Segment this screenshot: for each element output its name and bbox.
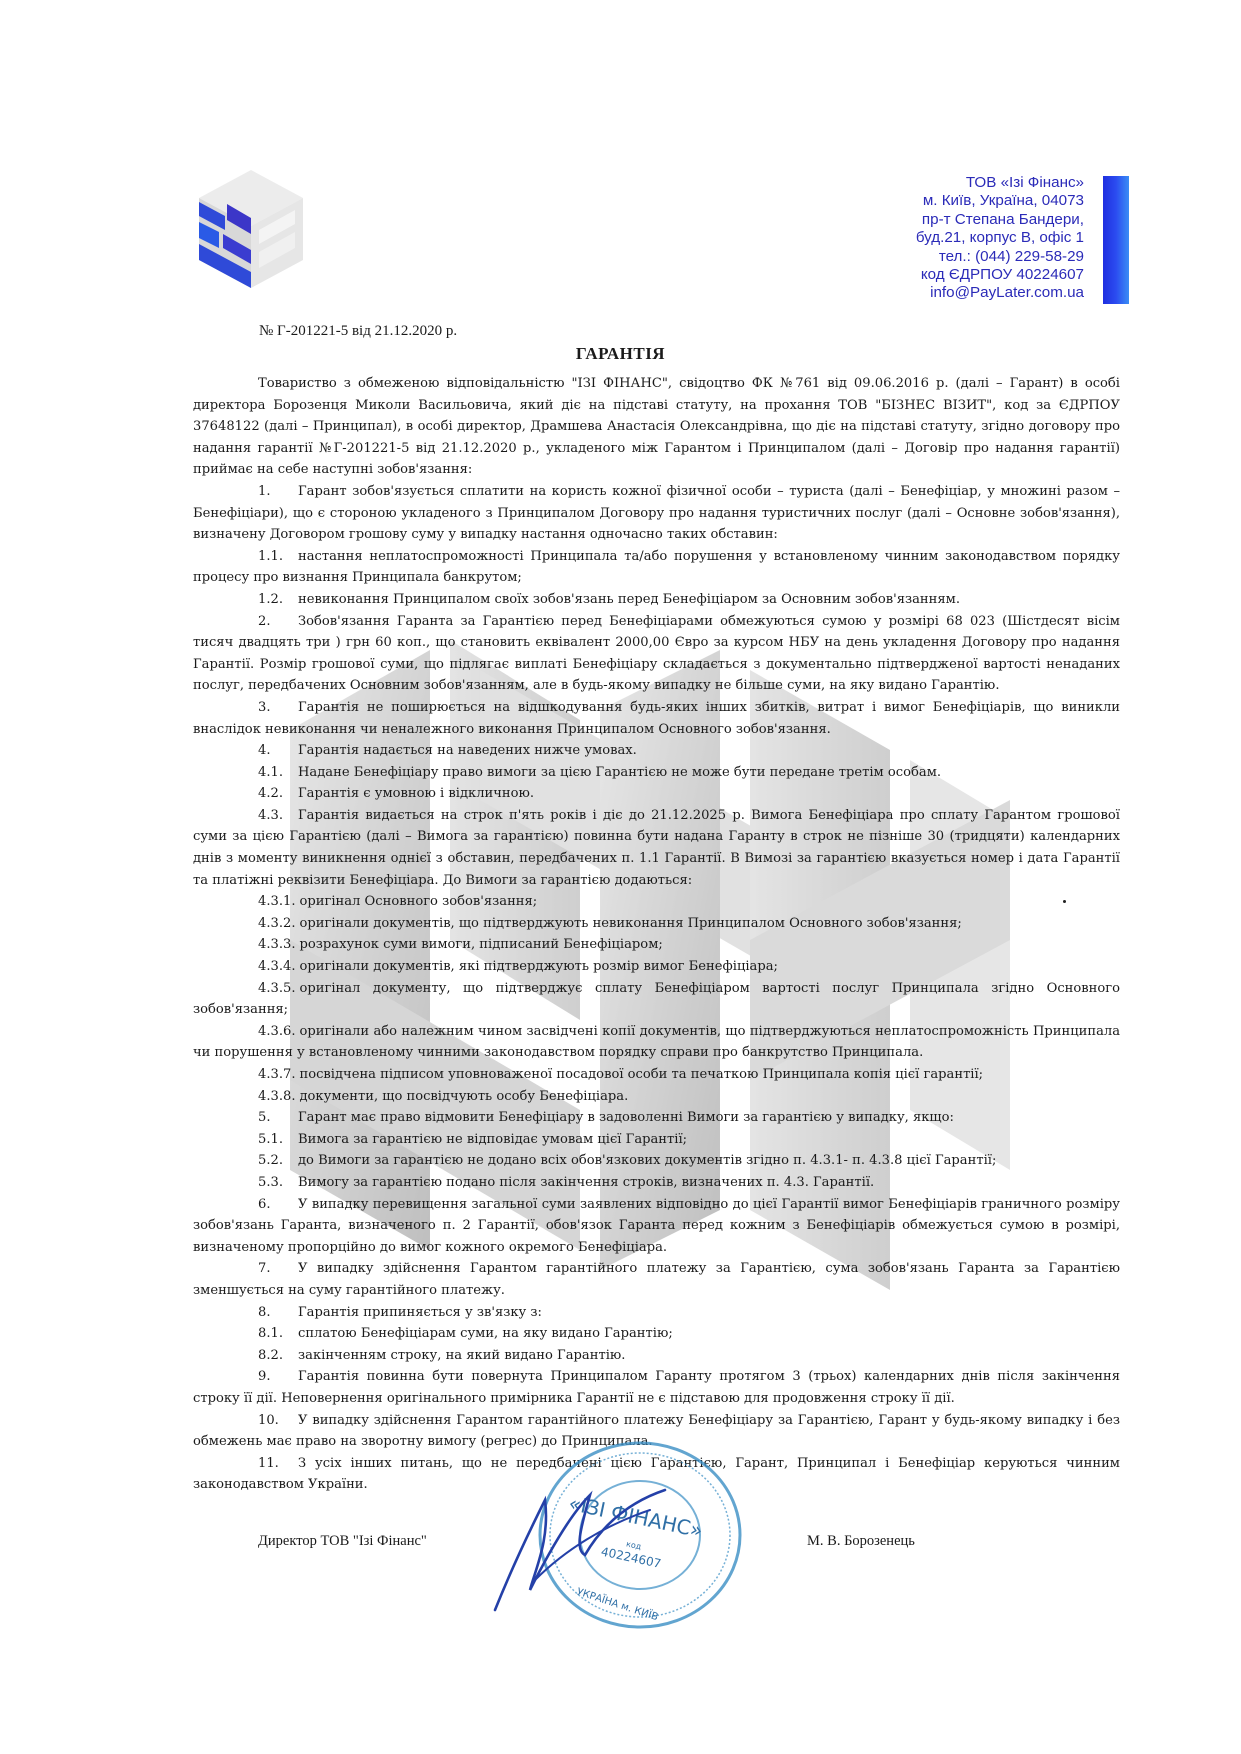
document-body: Товариство з обмеженою відповідальністю … bbox=[193, 373, 1120, 1496]
clause-number: 4.2. bbox=[258, 783, 298, 805]
clause-number: 4.3.4. bbox=[258, 956, 295, 978]
clause-number: 8.2. bbox=[258, 1345, 298, 1367]
clause-text: Гарантія повинна бути повернута Принципа… bbox=[193, 1369, 1120, 1406]
clause-text: закінченням строку, на який видано Гаран… bbox=[298, 1348, 625, 1363]
clause-item: 8.Гарантія припиняється у зв'язку з: bbox=[193, 1302, 1120, 1324]
clause-text: посвідчена підписом уповноваженої посадо… bbox=[299, 1067, 983, 1082]
company-edrpou: код ЄДРПОУ 40224607 bbox=[916, 266, 1084, 284]
clause-text: оригінали документів, що підтверджують н… bbox=[299, 916, 961, 931]
clause-number: 8. bbox=[258, 1302, 298, 1324]
document-page: ТОВ «Ізі Фінанс» м. Київ, Україна, 04073… bbox=[0, 0, 1241, 1754]
clause-item: 4.3.7.посвідчена підписом уповноваженої … bbox=[193, 1064, 1120, 1086]
clause-item: 5.3.Вимогу за гарантією подано після зак… bbox=[193, 1172, 1120, 1194]
clause-text: документи, що посвідчують особу Бенефіці… bbox=[299, 1089, 628, 1104]
clause-item: 8.2.закінченням строку, на який видано Г… bbox=[193, 1345, 1120, 1367]
clause-number: 5.3. bbox=[258, 1172, 298, 1194]
clause-number: 4.3.5. bbox=[258, 978, 295, 1000]
company-name: ТОВ «Ізі Фінанс» bbox=[916, 174, 1084, 192]
clause-text: сплатою Бенефіціарам суми, на яку видано… bbox=[298, 1326, 673, 1341]
clause-number: 4.3. bbox=[258, 805, 298, 827]
company-info: ТОВ «Ізі Фінанс» м. Київ, Україна, 04073… bbox=[916, 174, 1084, 303]
clause-text: розрахунок суми вимоги, підписаний Бенеф… bbox=[299, 937, 662, 952]
clause-number: 1.2. bbox=[258, 589, 298, 611]
clause-number: 10. bbox=[258, 1410, 298, 1432]
clause-number: 3. bbox=[258, 697, 298, 719]
clause-text: У випадку перевищення загальної суми зая… bbox=[193, 1197, 1120, 1255]
company-street: пр-т Степана Бандери, bbox=[916, 211, 1084, 229]
clause-item: 2.Зобов'язання Гаранта за Гарантією пере… bbox=[193, 611, 1120, 697]
clause-item: 4.2.Гарантія є умовною і відкличною. bbox=[193, 783, 1120, 805]
clause-item: 1.2.невиконання Принципалом своїх зобов'… bbox=[193, 589, 1120, 611]
clause-text: Гарант зобов'язується сплатити на корист… bbox=[193, 484, 1120, 542]
clause-number: 4.3.3. bbox=[258, 934, 295, 956]
clause-text: настання неплатоспроможності Принципала … bbox=[193, 549, 1120, 586]
clause-number: 5. bbox=[258, 1107, 298, 1129]
clause-text: до Вимоги за гарантією не додано всіх об… bbox=[298, 1153, 996, 1168]
document-number: № Г-201221-5 від 21.12.2020 р. bbox=[259, 323, 457, 340]
clause-item: 4.3.2.оригінали документів, що підтвердж… bbox=[193, 913, 1120, 935]
company-phone: тел.: (044) 229-58-29 bbox=[916, 248, 1084, 266]
clause-item: 4.1.Надане Бенефіціару право вимоги за ц… bbox=[193, 762, 1120, 784]
clause-number: 4.1. bbox=[258, 762, 298, 784]
clause-item: 4.3.5.оригінал документу, що підтверджує… bbox=[193, 978, 1120, 1021]
clause-text: Гарантія надається на наведених нижче ум… bbox=[298, 743, 637, 758]
company-email: info@PayLater.com.ua bbox=[916, 284, 1084, 302]
clause-number: 1.1. bbox=[258, 546, 298, 568]
clause-text: оригінали документів, які підтверджують … bbox=[299, 959, 777, 974]
clause-text: Вимога за гарантією не відповідає умовам… bbox=[298, 1132, 687, 1147]
clause-item: 6.У випадку перевищення загальної суми з… bbox=[193, 1194, 1120, 1259]
clause-text: Гарант має право відмовити Бенефіціару в… bbox=[298, 1110, 954, 1125]
clause-number: 7. bbox=[258, 1258, 298, 1280]
clause-text: Надане Бенефіціару право вимоги за цією … bbox=[298, 765, 941, 780]
signatory-title: Директор ТОВ "Ізі Фінанс" bbox=[258, 1533, 427, 1550]
clause-item: 7.У випадку здійснення Гарантом гарантій… bbox=[193, 1258, 1120, 1301]
clause-text: Зобов'язання Гаранта за Гарантією перед … bbox=[193, 614, 1120, 694]
clause-item: 4.3.8.документи, що посвідчують особу Бе… bbox=[193, 1086, 1120, 1108]
clause-number: 8.1. bbox=[258, 1323, 298, 1345]
clause-number: 5.2. bbox=[258, 1150, 298, 1172]
clause-item: 9.Гарантія повинна бути повернута Принци… bbox=[193, 1366, 1120, 1409]
clause-number: 11. bbox=[258, 1453, 298, 1475]
clause-text: Гарантія є умовною і відкличною. bbox=[298, 786, 534, 801]
cube-logo-icon bbox=[195, 168, 307, 290]
clause-item: 1.Гарант зобов'язується сплатити на кори… bbox=[193, 481, 1120, 546]
clause-number: 2. bbox=[258, 611, 298, 633]
clause-text: Гарантія видається на строк п'ять років … bbox=[193, 808, 1120, 888]
clause-number: 1. bbox=[258, 481, 298, 503]
clause-item: 5.Гарант має право відмовити Бенефіціару… bbox=[193, 1107, 1120, 1129]
clause-text: оригінал Основного зобов'язання; bbox=[299, 894, 537, 909]
clause-text: Гарантія припиняється у зв'язку з: bbox=[298, 1305, 542, 1320]
clause-item: 4.3.1.оригінал Основного зобов'язання; bbox=[193, 891, 1120, 913]
clause-item: 3.Гарантія не поширюється на відшкодуван… bbox=[193, 697, 1120, 740]
clause-item: 4.3.4.оригінали документів, які підтверд… bbox=[193, 956, 1120, 978]
stray-mark bbox=[1063, 900, 1066, 903]
clause-item: 5.2.до Вимоги за гарантією не додано всі… bbox=[193, 1150, 1120, 1172]
clause-text: Вимогу за гарантією подано після закінче… bbox=[298, 1175, 874, 1190]
clauses-list: 1.Гарант зобов'язується сплатити на кори… bbox=[193, 481, 1120, 1496]
clause-item: 4.3.Гарантія видається на строк п'ять ро… bbox=[193, 805, 1120, 891]
company-city: м. Київ, Україна, 04073 bbox=[916, 192, 1084, 210]
clause-number: 5.1. bbox=[258, 1129, 298, 1151]
clause-item: 4.Гарантія надається на наведених нижче … bbox=[193, 740, 1120, 762]
clause-number: 4.3.1. bbox=[258, 891, 295, 913]
clause-item: 4.3.6.оригінали або належним чином засві… bbox=[193, 1021, 1120, 1064]
clause-text: оригінал документу, що підтверджує сплат… bbox=[193, 981, 1120, 1018]
clause-item: 8.1.сплатою Бенефіціарам суми, на яку ви… bbox=[193, 1323, 1120, 1345]
clause-number: 4.3.6. bbox=[258, 1021, 295, 1043]
clause-item: 5.1.Вимога за гарантією не відповідає ум… bbox=[193, 1129, 1120, 1151]
clause-number: 4. bbox=[258, 740, 298, 762]
stamp-bottom-text: УКРАЇНА м. КИЇВ bbox=[575, 1585, 660, 1624]
document-title: ГАРАНТІЯ bbox=[0, 344, 1241, 364]
clause-item: 1.1.настання неплатоспроможності Принцип… bbox=[193, 546, 1120, 589]
clause-item: 4.3.3.розрахунок суми вимоги, підписаний… bbox=[193, 934, 1120, 956]
intro-paragraph: Товариство з обмеженою відповідальністю … bbox=[193, 373, 1120, 481]
signatory-name: М. В. Борозенець bbox=[807, 1533, 915, 1550]
clause-number: 9. bbox=[258, 1366, 298, 1388]
clause-number: 4.3.7. bbox=[258, 1064, 295, 1086]
accent-bar bbox=[1103, 176, 1129, 304]
clause-number: 6. bbox=[258, 1194, 298, 1216]
clause-text: Гарантія не поширюється на відшкодування… bbox=[193, 700, 1120, 737]
company-stamp: «ІЗІ ФІНАНС» код 40224607 УКРАЇНА м. КИЇ… bbox=[475, 1440, 765, 1640]
clause-text: невиконання Принципалом своїх зобов'язан… bbox=[298, 592, 960, 607]
clause-number: 4.3.2. bbox=[258, 913, 295, 935]
clause-number: 4.3.8. bbox=[258, 1086, 295, 1108]
clause-text: оригінали або належним чином засвідчені … bbox=[193, 1024, 1120, 1061]
company-building: буд.21, корпус В, офіс 1 bbox=[916, 229, 1084, 247]
clause-text: У випадку здійснення Гарантом гарантійно… bbox=[193, 1261, 1120, 1298]
